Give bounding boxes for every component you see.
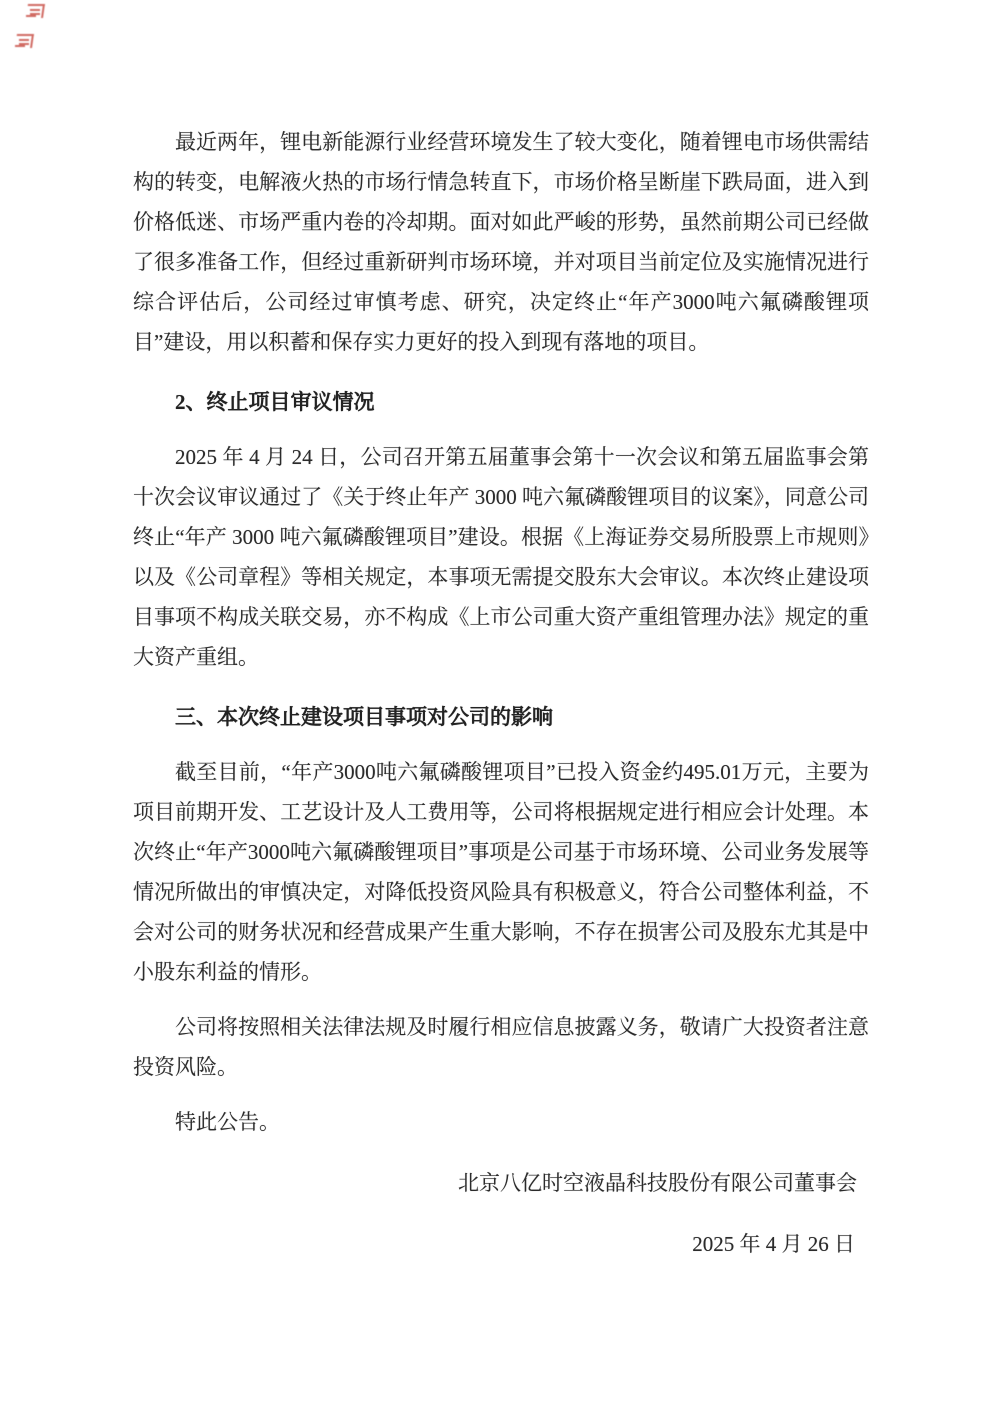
paragraph-disclosure-notice: 公司将按照相关法律法规及时履行相应信息披露义务，敬请广大投资者注意投资风险。 <box>133 1007 869 1087</box>
closing-statement: 特此公告。 <box>133 1102 869 1142</box>
red-stamp-fragment-icon <box>16 34 33 48</box>
section-heading-termination-review: 2、终止项目审议情况 <box>133 382 869 422</box>
document-page: 最近两年，锂电新能源行业经营环境发生了较大变化，随着锂电市场供需结构的转变，电解… <box>0 0 1000 1414</box>
paragraph-investment-impact: 截至目前，“年产3000吨六氟磷酸锂项目”已投入资金约495.01万元，主要为项… <box>133 752 869 992</box>
paragraph-board-approval: 2025 年 4 月 24 日，公司召开第五届董事会第十一次会议和第五届监事会第… <box>133 437 869 677</box>
signature-board-of-directors: 北京八亿时空液晶科技股份有限公司董事会 <box>133 1163 869 1203</box>
section-heading-impact-on-company: 三、本次终止建设项目事项对公司的影响 <box>133 697 869 737</box>
document-body: 最近两年，锂电新能源行业经营环境发生了较大变化，随着锂电市场供需结构的转变，电解… <box>133 0 869 1285</box>
announcement-date: 2025 年 4 月 26 日 <box>133 1224 869 1264</box>
red-stamp-fragment-icon <box>27 4 44 18</box>
paragraph-market-background: 最近两年，锂电新能源行业经营环境发生了较大变化，随着锂电市场供需结构的转变，电解… <box>133 122 869 362</box>
